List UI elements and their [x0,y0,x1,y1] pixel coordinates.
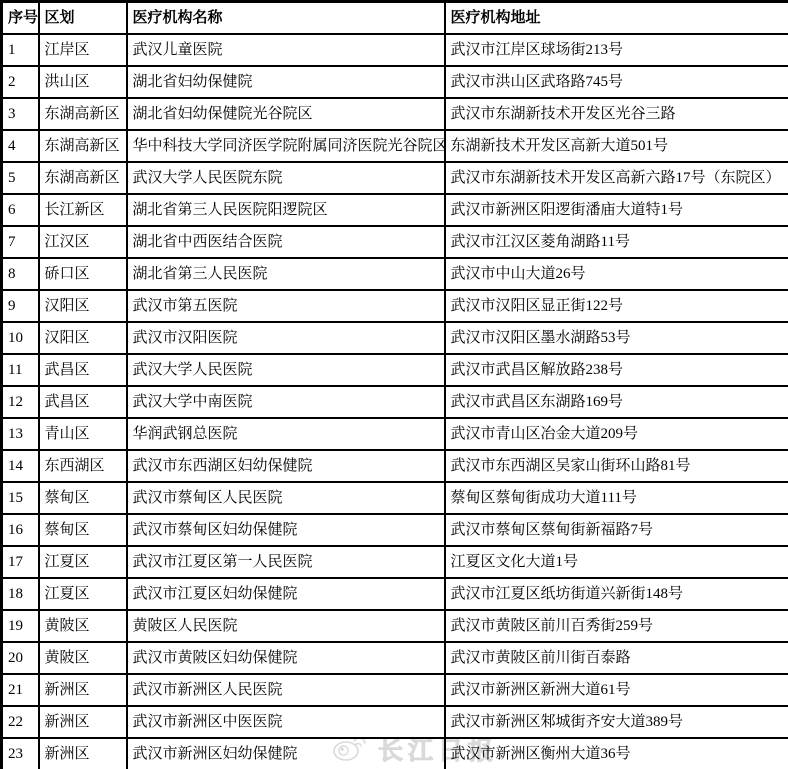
hospital-table: 序号 区划 医疗机构名称 医疗机构地址 1江岸区武汉儿童医院武汉市江岸区球场街2… [0,0,788,769]
district-cell: 青山区 [39,418,127,450]
district-cell: 新洲区 [39,738,127,769]
institution-address-cell: 武汉市中山大道26号 [445,258,788,290]
district-cell: 汉阳区 [39,322,127,354]
institution-name-cell: 黄陂区人民医院 [127,610,445,642]
row-number-cell: 2 [2,66,39,98]
institution-name-cell: 武汉大学中南医院 [127,386,445,418]
institution-name-cell: 华润武钢总医院 [127,418,445,450]
district-cell: 洪山区 [39,66,127,98]
district-cell: 武昌区 [39,354,127,386]
district-cell: 东湖高新区 [39,98,127,130]
row-number-cell: 5 [2,162,39,194]
col-header-name: 医疗机构名称 [127,2,445,35]
table-row: 16蔡甸区武汉市蔡甸区妇幼保健院武汉市蔡甸区蔡甸街新福路7号 [2,514,788,546]
institution-name-cell: 华中科技大学同济医学院附属同济医院光谷院区 [127,130,445,162]
institution-address-cell: 武汉市黄陂区前川街百泰路 [445,642,788,674]
institution-name-cell: 武汉市江夏区第一人民医院 [127,546,445,578]
row-number-cell: 23 [2,738,39,769]
row-number-cell: 22 [2,706,39,738]
district-cell: 东湖高新区 [39,130,127,162]
institution-name-cell: 武汉市东西湖区妇幼保健院 [127,450,445,482]
table-row: 20黄陂区武汉市黄陂区妇幼保健院武汉市黄陂区前川街百泰路 [2,642,788,674]
row-number-cell: 4 [2,130,39,162]
table-row: 10汉阳区武汉市汉阳医院武汉市汉阳区墨水湖路53号 [2,322,788,354]
institution-name-cell: 武汉市汉阳医院 [127,322,445,354]
district-cell: 东湖高新区 [39,162,127,194]
row-number-cell: 10 [2,322,39,354]
district-cell: 武昌区 [39,386,127,418]
institution-name-cell: 湖北省第三人民医院 [127,258,445,290]
district-cell: 新洲区 [39,706,127,738]
table-row: 19黄陂区黄陂区人民医院武汉市黄陂区前川百秀街259号 [2,610,788,642]
district-cell: 汉阳区 [39,290,127,322]
institution-name-cell: 武汉儿童医院 [127,34,445,66]
row-number-cell: 3 [2,98,39,130]
institution-address-cell: 武汉市蔡甸区蔡甸街新福路7号 [445,514,788,546]
table-row: 15蔡甸区武汉市蔡甸区人民医院蔡甸区蔡甸街成功大道111号 [2,482,788,514]
row-number-cell: 18 [2,578,39,610]
institution-address-cell: 武汉市新洲区衡州大道36号 [445,738,788,769]
row-number-cell: 11 [2,354,39,386]
institution-address-cell: 武汉市新洲区阳逻街潘庙大道特1号 [445,194,788,226]
institution-name-cell: 湖北省第三人民医院阳逻院区 [127,194,445,226]
institution-address-cell: 武汉市黄陂区前川百秀街259号 [445,610,788,642]
institution-name-cell: 湖北省妇幼保健院光谷院区 [127,98,445,130]
institution-address-cell: 武汉市新洲区新洲大道61号 [445,674,788,706]
table-body: 1江岸区武汉儿童医院武汉市江岸区球场街213号2洪山区湖北省妇幼保健院武汉市洪山… [2,34,788,769]
district-cell: 江夏区 [39,578,127,610]
institution-name-cell: 武汉市新洲区中医医院 [127,706,445,738]
row-number-cell: 9 [2,290,39,322]
header-row: 序号 区划 医疗机构名称 医疗机构地址 [2,2,788,35]
row-number-cell: 1 [2,34,39,66]
row-number-cell: 14 [2,450,39,482]
table-row: 12武昌区武汉大学中南医院武汉市武昌区东湖路169号 [2,386,788,418]
table-row: 13青山区华润武钢总医院武汉市青山区冶金大道209号 [2,418,788,450]
table-row: 22新洲区武汉市新洲区中医医院武汉市新洲区邾城街齐安大道389号 [2,706,788,738]
table-row: 18江夏区武汉市江夏区妇幼保健院武汉市江夏区纸坊街道兴新街148号 [2,578,788,610]
row-number-cell: 19 [2,610,39,642]
table-row: 11武昌区武汉大学人民医院武汉市武昌区解放路238号 [2,354,788,386]
row-number-cell: 15 [2,482,39,514]
district-cell: 黄陂区 [39,610,127,642]
row-number-cell: 8 [2,258,39,290]
district-cell: 新洲区 [39,674,127,706]
table-row: 1江岸区武汉儿童医院武汉市江岸区球场街213号 [2,34,788,66]
institution-name-cell: 武汉市新洲区妇幼保健院 [127,738,445,769]
table-row: 6长江新区湖北省第三人民医院阳逻院区武汉市新洲区阳逻街潘庙大道特1号 [2,194,788,226]
table-row: 4东湖高新区华中科技大学同济医学院附属同济医院光谷院区东湖新技术开发区高新大道5… [2,130,788,162]
institution-name-cell: 武汉大学人民医院东院 [127,162,445,194]
institution-address-cell: 武汉市东湖新技术开发区高新六路17号（东院区） [445,162,788,194]
institution-address-cell: 武汉市武昌区解放路238号 [445,354,788,386]
table-row: 5东湖高新区武汉大学人民医院东院武汉市东湖新技术开发区高新六路17号（东院区） [2,162,788,194]
institution-address-cell: 武汉市洪山区武珞路745号 [445,66,788,98]
col-header-address: 医疗机构地址 [445,2,788,35]
district-cell: 江夏区 [39,546,127,578]
district-cell: 硚口区 [39,258,127,290]
institution-address-cell: 武汉市汉阳区墨水湖路53号 [445,322,788,354]
institution-address-cell: 江夏区文化大道1号 [445,546,788,578]
row-number-cell: 6 [2,194,39,226]
institution-address-cell: 武汉市江汉区菱角湖路11号 [445,226,788,258]
institution-address-cell: 武汉市东湖新技术开发区光谷三路 [445,98,788,130]
institution-name-cell: 武汉市第五医院 [127,290,445,322]
institution-name-cell: 武汉市黄陂区妇幼保健院 [127,642,445,674]
institution-address-cell: 蔡甸区蔡甸街成功大道111号 [445,482,788,514]
table-row: 9汉阳区武汉市第五医院武汉市汉阳区显正街122号 [2,290,788,322]
row-number-cell: 21 [2,674,39,706]
table-row: 3东湖高新区湖北省妇幼保健院光谷院区武汉市东湖新技术开发区光谷三路 [2,98,788,130]
institution-address-cell: 武汉市汉阳区显正街122号 [445,290,788,322]
col-header-district: 区划 [39,2,127,35]
institution-address-cell: 武汉市武昌区东湖路169号 [445,386,788,418]
row-number-cell: 7 [2,226,39,258]
institution-name-cell: 武汉大学人民医院 [127,354,445,386]
district-cell: 东西湖区 [39,450,127,482]
institution-name-cell: 武汉市蔡甸区人民医院 [127,482,445,514]
table-row: 8硚口区湖北省第三人民医院武汉市中山大道26号 [2,258,788,290]
institution-name-cell: 湖北省中西医结合医院 [127,226,445,258]
institution-address-cell: 东湖新技术开发区高新大道501号 [445,130,788,162]
table-row: 17江夏区武汉市江夏区第一人民医院江夏区文化大道1号 [2,546,788,578]
institution-name-cell: 武汉市蔡甸区妇幼保健院 [127,514,445,546]
table-row: 2洪山区湖北省妇幼保健院武汉市洪山区武珞路745号 [2,66,788,98]
row-number-cell: 13 [2,418,39,450]
district-cell: 黄陂区 [39,642,127,674]
institution-name-cell: 武汉市江夏区妇幼保健院 [127,578,445,610]
institution-address-cell: 武汉市东西湖区吴家山街环山路81号 [445,450,788,482]
row-number-cell: 20 [2,642,39,674]
institution-address-cell: 武汉市青山区冶金大道209号 [445,418,788,450]
table-row: 23新洲区武汉市新洲区妇幼保健院武汉市新洲区衡州大道36号 [2,738,788,769]
institution-address-cell: 武汉市江岸区球场街213号 [445,34,788,66]
row-number-cell: 17 [2,546,39,578]
table-row: 21新洲区武汉市新洲区人民医院武汉市新洲区新洲大道61号 [2,674,788,706]
col-header-no: 序号 [2,2,39,35]
district-cell: 江岸区 [39,34,127,66]
district-cell: 江汉区 [39,226,127,258]
institution-name-cell: 湖北省妇幼保健院 [127,66,445,98]
row-number-cell: 12 [2,386,39,418]
institution-address-cell: 武汉市江夏区纸坊街道兴新街148号 [445,578,788,610]
table-row: 14东西湖区武汉市东西湖区妇幼保健院武汉市东西湖区吴家山街环山路81号 [2,450,788,482]
row-number-cell: 16 [2,514,39,546]
district-cell: 蔡甸区 [39,482,127,514]
table-row: 7江汉区湖北省中西医结合医院武汉市江汉区菱角湖路11号 [2,226,788,258]
district-cell: 长江新区 [39,194,127,226]
institution-name-cell: 武汉市新洲区人民医院 [127,674,445,706]
district-cell: 蔡甸区 [39,514,127,546]
institution-address-cell: 武汉市新洲区邾城街齐安大道389号 [445,706,788,738]
